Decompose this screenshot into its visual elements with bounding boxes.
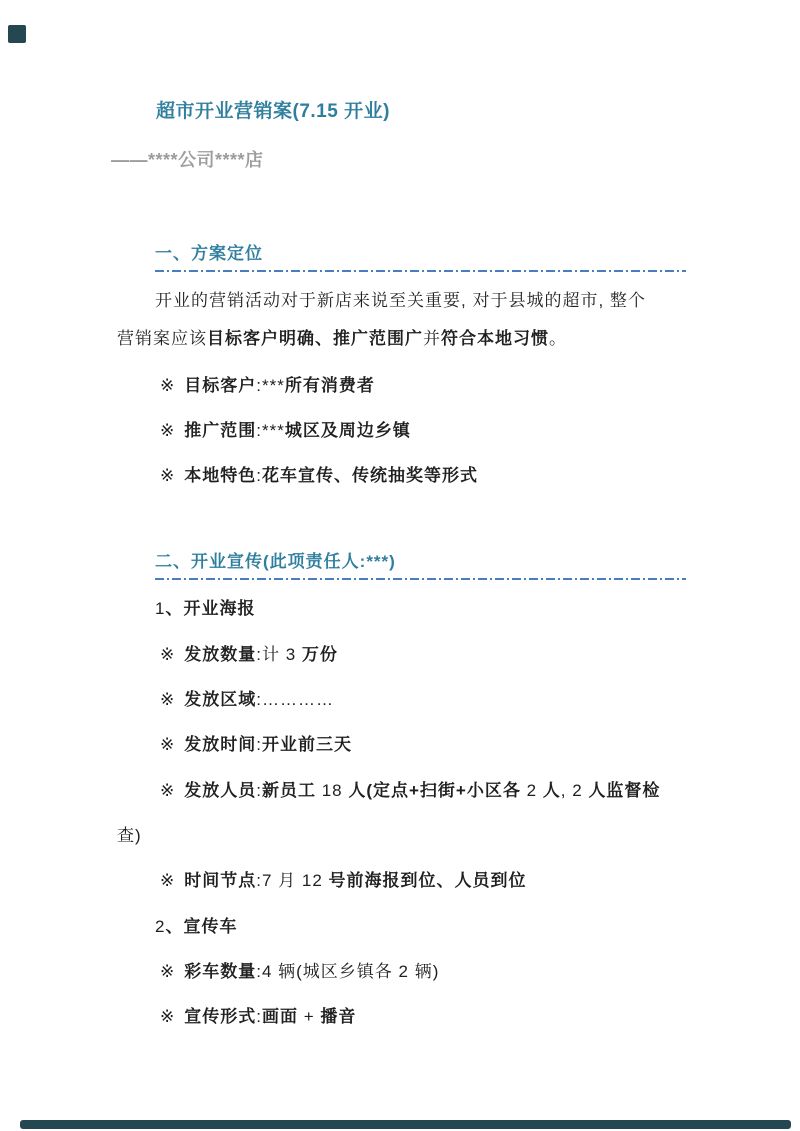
bullet-target-customer: ※目标客户:***所有消费者 (160, 375, 375, 397)
section-1-paragraph-line-2: 营销案应该目标客户明确、推广范围广并符合本地习惯。 (117, 328, 567, 350)
bullet-poster-staff-continuation: 查) (117, 825, 142, 847)
bullet-marker: ※ (160, 871, 175, 890)
bullet-text: 发放时间:开业前三天 (184, 735, 352, 754)
bullet-text: 发放数量:计 3 万份 (184, 645, 338, 664)
bullet-marker: ※ (160, 376, 175, 395)
bullet-poster-area: ※发放区域:………… (160, 689, 334, 711)
bullet-text: 时间节点:7 月 12 号前海报到位、人员到位 (184, 871, 526, 890)
bullet-marker: ※ (160, 690, 175, 709)
page-corner-mark (8, 25, 26, 43)
bullet-marker: ※ (160, 1007, 175, 1026)
bullet-float-quantity: ※彩车数量:4 辆(城区乡镇各 2 辆) (160, 961, 439, 983)
bullet-local-features: ※本地特色:花车宣传、传统抽奖等形式 (160, 465, 478, 487)
bullet-poster-quantity: ※发放数量:计 3 万份 (160, 644, 338, 666)
bullet-text: 推广范围:***城区及周边乡镇 (184, 421, 411, 440)
item-2-title: 2、宣传车 (155, 916, 237, 938)
document-subtitle: ——****公司****店 (111, 149, 264, 172)
bullet-marker: ※ (160, 735, 175, 754)
bullet-marker: ※ (160, 781, 175, 800)
bullet-poster-staff: ※发放人员:新员工 18 人(定点+扫街+小区各 2 人, 2 人监督检 (160, 780, 660, 802)
section-2-heading: 二、开业宣传(此项责任人:***) (155, 551, 686, 580)
bullet-marker: ※ (160, 421, 175, 440)
document-title: 超市开业营销案(7.15 开业) (156, 100, 390, 125)
bullet-text: 彩车数量:4 辆(城区乡镇各 2 辆) (184, 962, 439, 981)
bullet-marker: ※ (160, 645, 175, 664)
bullet-poster-milestone: ※时间节点:7 月 12 号前海报到位、人员到位 (160, 870, 527, 892)
bullet-text: 发放区域:………… (184, 690, 334, 709)
bullet-marker: ※ (160, 466, 175, 485)
bullet-poster-time: ※发放时间:开业前三天 (160, 734, 352, 756)
bullet-text: 查) (117, 826, 142, 845)
item-1-title: 1、开业海报 (155, 598, 255, 620)
bullet-promotion-range: ※推广范围:***城区及周边乡镇 (160, 420, 411, 442)
bullet-marker: ※ (160, 962, 175, 981)
document-page: 超市开业营销案(7.15 开业) ——****公司****店 一、方案定位 开业… (0, 0, 800, 1131)
bullet-text: 目标客户:***所有消费者 (184, 376, 375, 395)
bullet-float-format: ※宣传形式:画面 + 播音 (160, 1006, 356, 1028)
page-bottom-bar (20, 1120, 791, 1129)
bullet-text: 发放人员:新员工 18 人(定点+扫街+小区各 2 人, 2 人监督检 (184, 781, 660, 800)
bullet-text: 宣传形式:画面 + 播音 (184, 1007, 356, 1026)
section-1-heading: 一、方案定位 (155, 243, 686, 272)
bullet-text: 本地特色:花车宣传、传统抽奖等形式 (184, 466, 478, 485)
section-1-paragraph-line-1: 开业的营销活动对于新店来说至关重要, 对于县城的超市, 整个 (155, 290, 646, 312)
